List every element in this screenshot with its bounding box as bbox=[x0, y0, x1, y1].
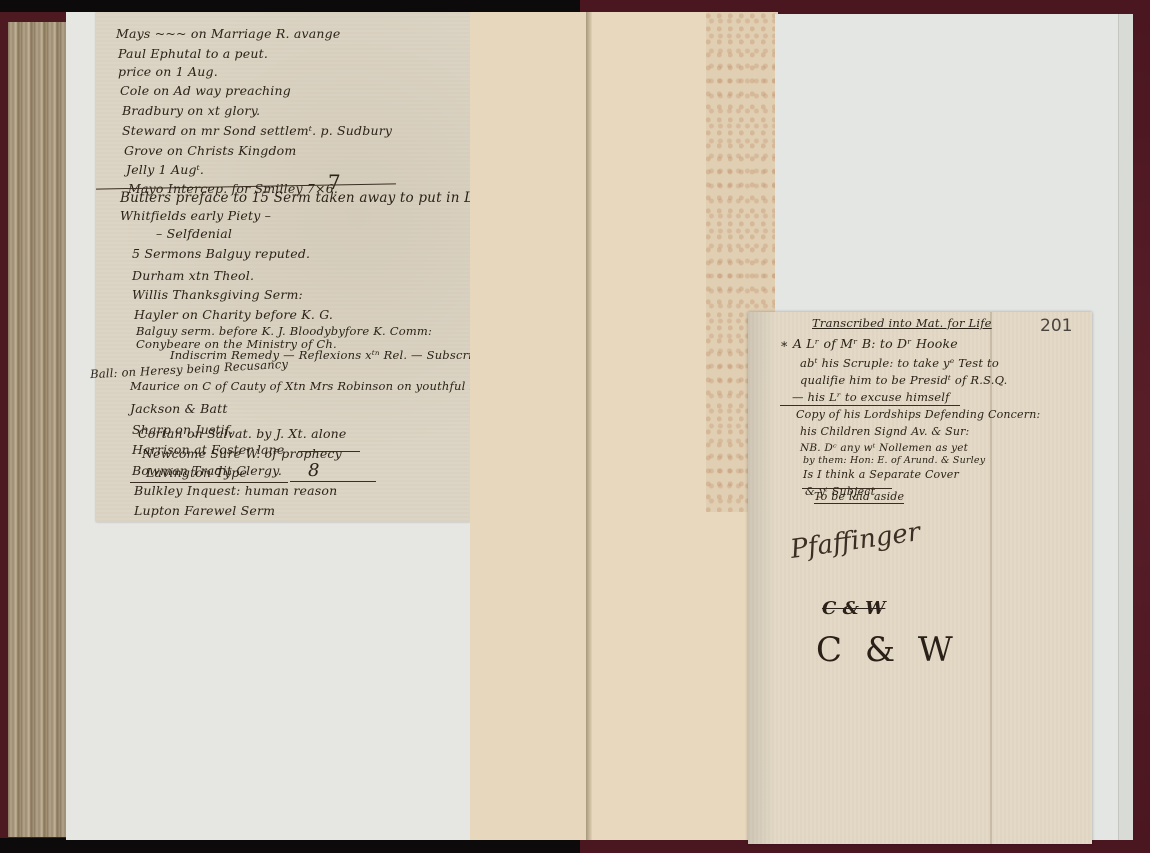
divider-rule bbox=[298, 451, 360, 452]
marginal-mark: 8 bbox=[308, 460, 319, 481]
ms-line: his Children Signd Av. & Sur: bbox=[800, 425, 969, 438]
ms-line: by them: Hon: E. of Arund. & Surley bbox=[803, 455, 985, 466]
ms-line: Durham xtn Theol. bbox=[132, 268, 254, 283]
ms-line: Mays ~~~ on Marriage R. avange bbox=[116, 26, 340, 41]
ms-line: Bradbury on xt glory. bbox=[122, 103, 260, 118]
ms-line: To be laid aside bbox=[814, 490, 904, 504]
ms-line: Hayler on Charity before K. G. bbox=[134, 307, 333, 322]
ms-line: Bulkley Inquest: human reason bbox=[134, 483, 337, 498]
ms-line: Is I think a Separate Cover bbox=[803, 468, 959, 481]
ms-line: Whitfields early Piety – bbox=[120, 208, 271, 223]
ms-line: NB. Dᶜ any wᵗ Nollemen as yet bbox=[800, 442, 968, 454]
ms-line: Copy of his Lordships Defending Concern: bbox=[796, 408, 1040, 421]
ms-line: Balguy serm. before K. J. Bloodybyfore K… bbox=[136, 324, 432, 338]
ms-heading: Transcribed into Mat. for Life bbox=[812, 316, 992, 330]
endorsement-mark-struck: C & W bbox=[822, 598, 885, 619]
background-dark bbox=[0, 838, 580, 853]
divider-rule bbox=[802, 488, 892, 489]
ms-line: Cole on Ad way preaching bbox=[120, 83, 291, 98]
right-guard-edge bbox=[1118, 14, 1133, 840]
ms-line: Jelly 1 Augᵗ. bbox=[126, 162, 204, 177]
ms-line: Steward on mr Sond settlemᵗ. p. Sudbury bbox=[122, 123, 392, 138]
ms-line: Willis Thanksgiving Serm: bbox=[132, 287, 303, 302]
ms-line: qualifie him to be Presidᵗ of R.S.Q. bbox=[800, 373, 1008, 387]
ms-line: Indiscrim Remedy — Reflexions xᵗⁿ Rel. —… bbox=[170, 348, 488, 362]
ms-line: Jackson & Batt bbox=[130, 401, 228, 416]
ms-line: — his Lʳ to excuse himself bbox=[792, 390, 950, 404]
ms-line: 5 Sermons Balguy reputed. bbox=[132, 246, 310, 261]
ms-line: – Selfdenial bbox=[156, 226, 232, 241]
ms-line: Cortan on Salvat. by J. Xt. alone bbox=[138, 426, 347, 441]
divider-rule bbox=[290, 481, 376, 482]
ms-line: ∗ A Lʳ of Mʳ B: to Dʳ Hooke bbox=[780, 336, 958, 351]
ms-line: price on 1 Aug. bbox=[118, 64, 218, 79]
ms-line: Lavington Type bbox=[146, 465, 247, 480]
left-stub-leaf bbox=[470, 12, 588, 840]
endorsement-mark: C & W bbox=[816, 630, 959, 670]
fold-line bbox=[990, 312, 992, 844]
ms-line: Lupton Farewel Serm bbox=[134, 503, 275, 518]
ms-line: Newcome Sure W. of prophecy bbox=[142, 446, 342, 461]
divider-rule bbox=[130, 482, 288, 483]
divider-rule bbox=[780, 405, 960, 406]
background-dark bbox=[0, 0, 580, 12]
ms-line: abᵗ his Scruple: to take yᵉ Test to bbox=[800, 356, 999, 370]
ms-line: Grove on Christs Kingdom bbox=[124, 143, 296, 158]
ms-line: Maurice on C of Cauty of Xtn Mrs Robinso… bbox=[130, 379, 498, 393]
ms-line: Paul Ephutal to a peut. bbox=[118, 46, 268, 61]
folio-number: 201 bbox=[1040, 316, 1072, 336]
ms-line: Butlers preface to 15 Serm taken away to… bbox=[120, 190, 499, 206]
